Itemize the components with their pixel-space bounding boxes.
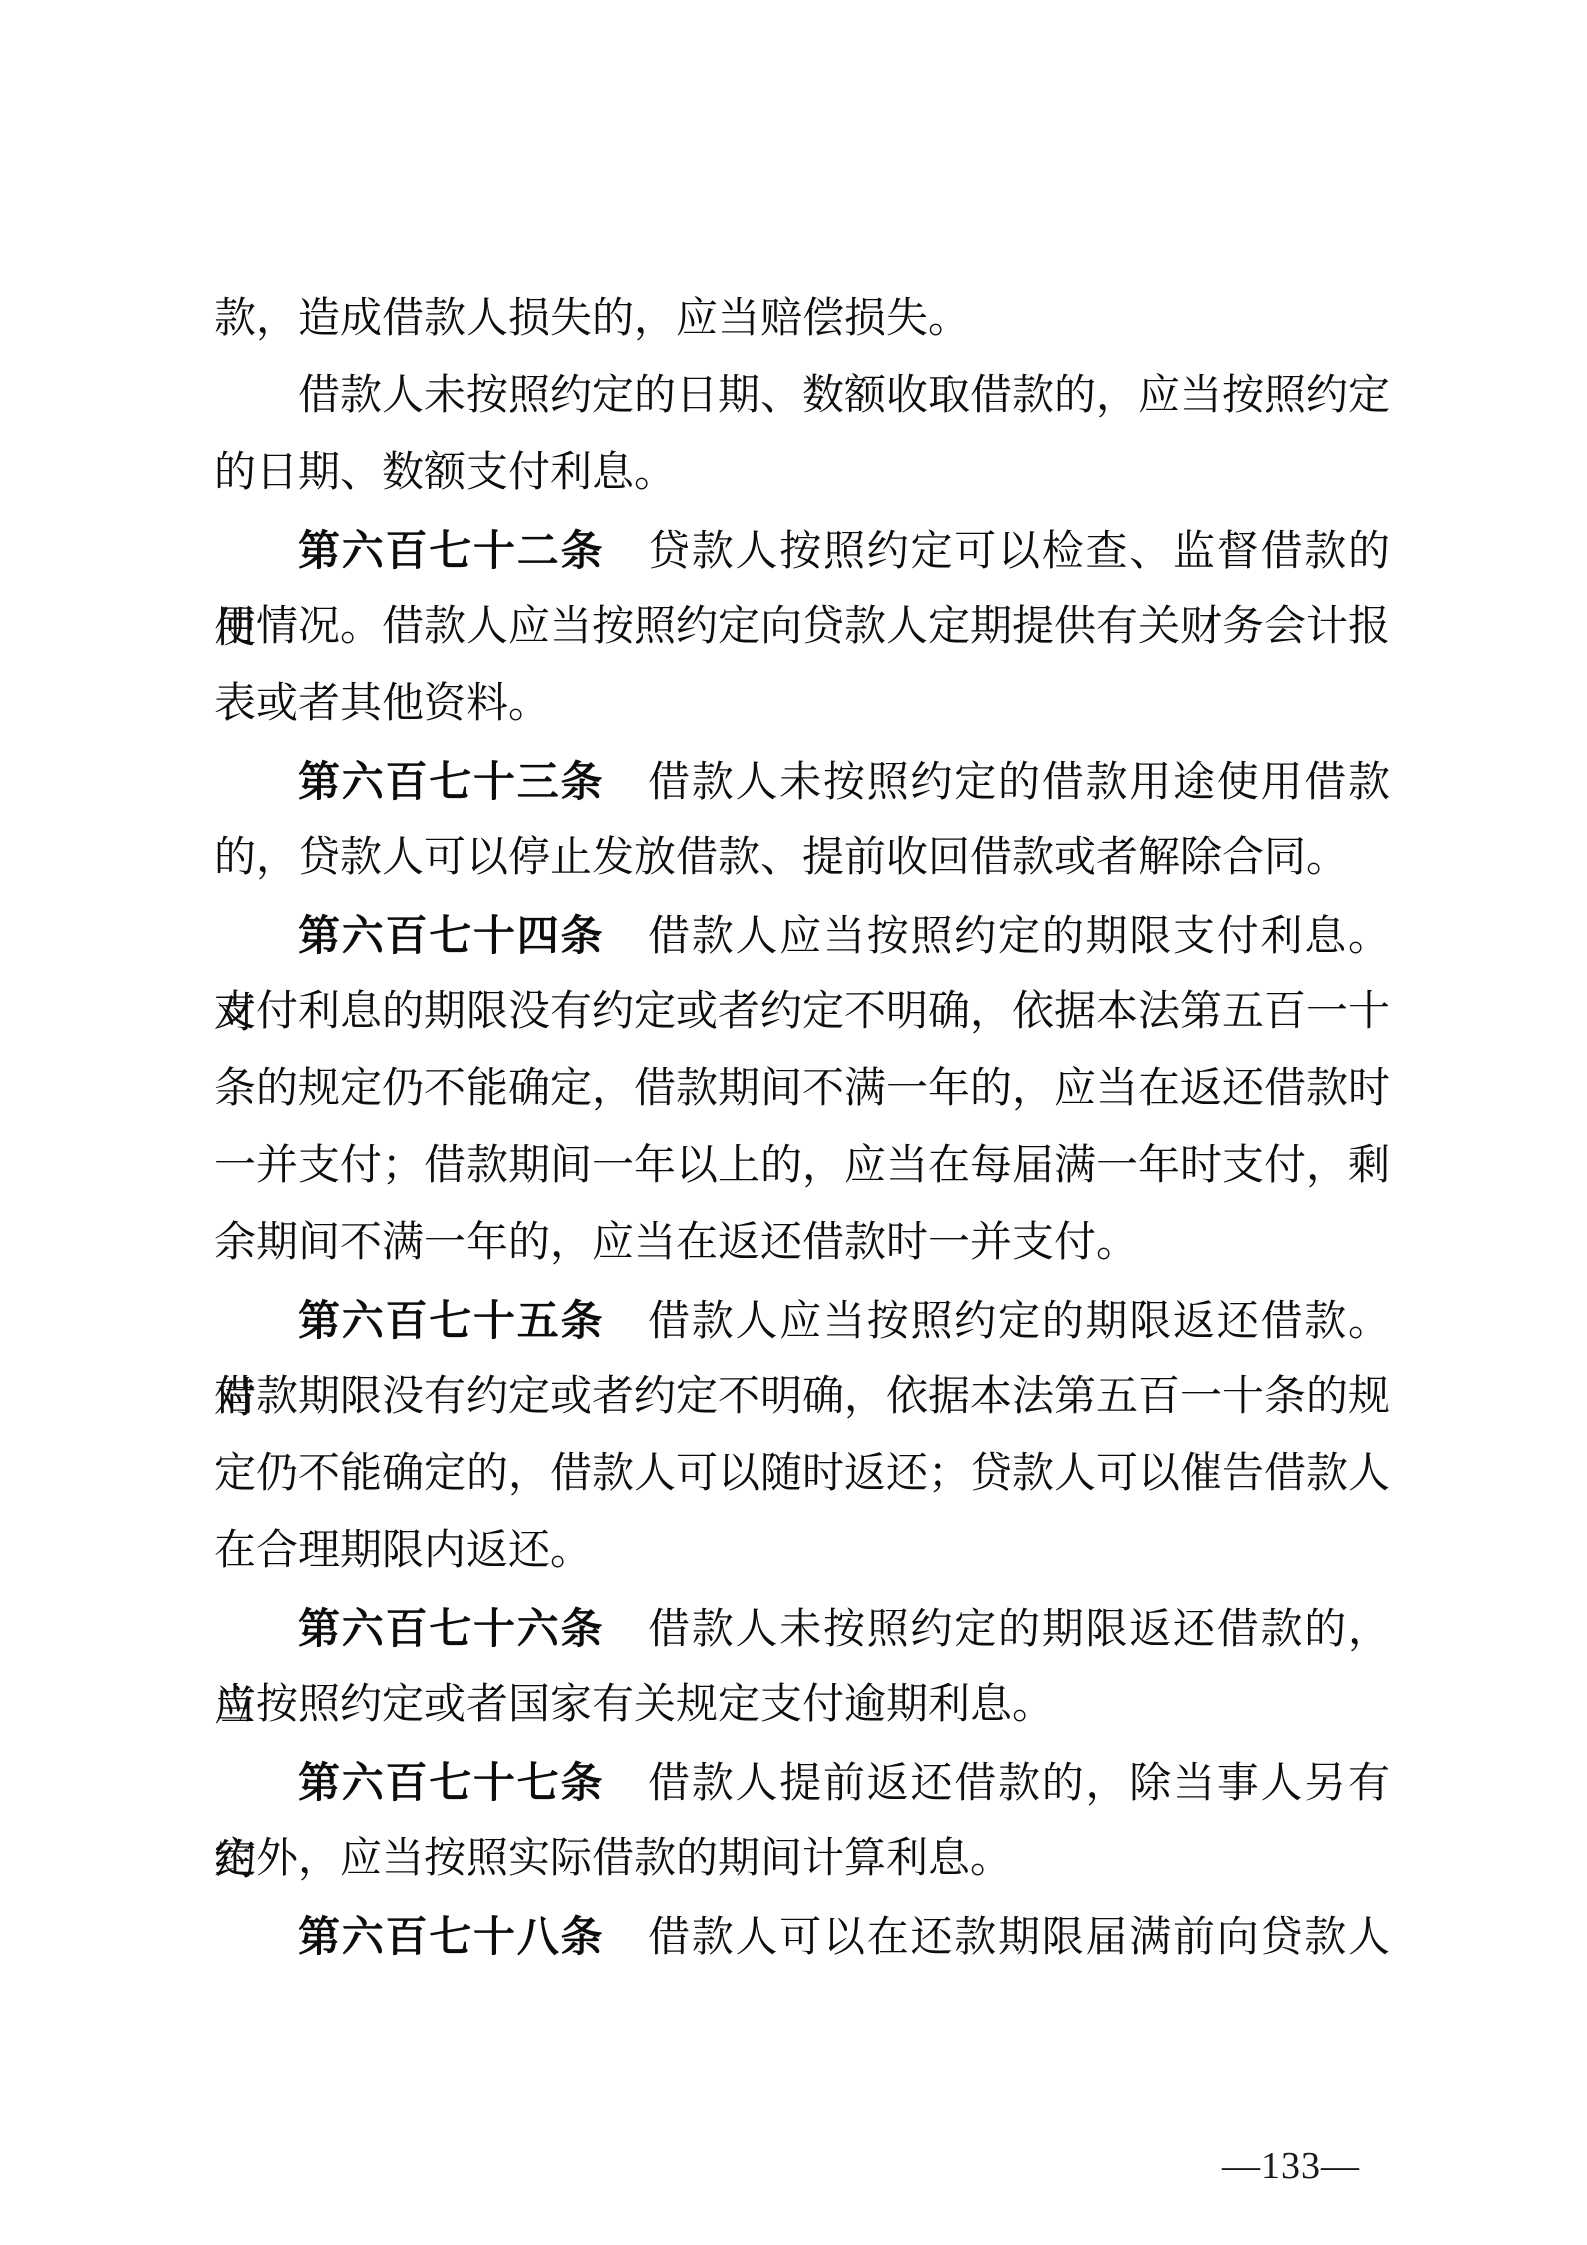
line-text: 在合理期限内返还。 bbox=[214, 1528, 592, 1574]
text-line: 借款人未按照约定的日期、数额收取借款的，应当按照约定 bbox=[214, 358, 1390, 435]
text-line: 用情况。借款人应当按照约定向贷款人定期提供有关财务会计报 bbox=[214, 589, 1390, 666]
article-number: 第六百七十六条 bbox=[298, 1605, 604, 1652]
text-line: 表或者其他资料。 bbox=[214, 666, 1390, 743]
line-text: 的日期、数额支付利息。 bbox=[214, 450, 676, 496]
text-line: 第六百七十三条 借款人未按照约定的借款用途使用借款 bbox=[214, 743, 1390, 820]
line-text: 借款人可以在还款期限届满前向贷款人 bbox=[604, 1915, 1390, 1961]
text-line: 第六百七十五条 借款人应当按照约定的期限返还借款。对 bbox=[214, 1282, 1390, 1359]
text-line: 第六百七十二条 贷款人按照约定可以检查、监督借款的使 bbox=[214, 512, 1390, 589]
article-number: 第六百七十七条 bbox=[298, 1759, 604, 1806]
article-number: 第六百七十八条 bbox=[298, 1913, 604, 1960]
line-text: 借款人未按照约定的日期、数额收取借款的，应当按照约定 bbox=[298, 373, 1390, 419]
text-line: 余期间不满一年的，应当在返还借款时一并支付。 bbox=[214, 1205, 1390, 1282]
page-number: —133— bbox=[1222, 2143, 1360, 2189]
text-line: 第六百七十七条 借款人提前返还借款的，除当事人另有约 bbox=[214, 1744, 1390, 1821]
text-line: 款，造成借款人损失的，应当赔偿损失。 bbox=[214, 281, 1390, 358]
document-page: 款，造成借款人损失的，应当赔偿损失。 借款人未按照约定的日期、数额收取借款的，应… bbox=[0, 0, 1587, 2245]
text-line: 定仍不能确定的，借款人可以随时返还；贷款人可以催告借款人 bbox=[214, 1436, 1390, 1513]
text-line: 的日期、数额支付利息。 bbox=[214, 435, 1390, 512]
article-number: 第六百七十四条 bbox=[298, 912, 604, 959]
line-text: 借款人未按照约定的借款用途使用借款 bbox=[604, 760, 1390, 806]
text-block: 款，造成借款人损失的，应当赔偿损失。 借款人未按照约定的日期、数额收取借款的，应… bbox=[214, 281, 1390, 1975]
text-line: 第六百七十六条 借款人未按照约定的期限返还借款的，应 bbox=[214, 1590, 1390, 1667]
line-text: 当按照约定或者国家有关规定支付逾期利息。 bbox=[214, 1682, 1054, 1728]
line-text: 条的规定仍不能确定，借款期间不满一年的，应当在返还借款时 bbox=[214, 1066, 1390, 1112]
text-line: 第六百七十八条 借款人可以在还款期限届满前向贷款人 bbox=[214, 1898, 1390, 1975]
line-text: 定仍不能确定的，借款人可以随时返还；贷款人可以催告借款人 bbox=[214, 1451, 1390, 1497]
line-text: 款，造成借款人损失的，应当赔偿损失。 bbox=[214, 296, 970, 342]
text-line: 定外，应当按照实际借款的期间计算利息。 bbox=[214, 1821, 1390, 1898]
line-text: 一并支付；借款期间一年以上的，应当在每届满一年时支付，剩 bbox=[214, 1143, 1390, 1189]
text-line: 一并支付；借款期间一年以上的，应当在每届满一年时支付，剩 bbox=[214, 1128, 1390, 1205]
article-number: 第六百七十二条 bbox=[298, 527, 604, 574]
text-line: 当按照约定或者国家有关规定支付逾期利息。 bbox=[214, 1667, 1390, 1744]
text-line: 的，贷款人可以停止发放借款、提前收回借款或者解除合同。 bbox=[214, 820, 1390, 897]
line-text: 支付利息的期限没有约定或者约定不明确，依据本法第五百一十 bbox=[214, 989, 1390, 1035]
text-line: 第六百七十四条 借款人应当按照约定的期限支付利息。对 bbox=[214, 897, 1390, 974]
text-line: 条的规定仍不能确定，借款期间不满一年的，应当在返还借款时 bbox=[214, 1051, 1390, 1128]
line-text: 借款期限没有约定或者约定不明确，依据本法第五百一十条的规 bbox=[214, 1374, 1390, 1420]
text-line: 借款期限没有约定或者约定不明确，依据本法第五百一十条的规 bbox=[214, 1359, 1390, 1436]
line-text: 表或者其他资料。 bbox=[214, 681, 550, 727]
text-line: 在合理期限内返还。 bbox=[214, 1513, 1390, 1590]
line-text: 余期间不满一年的，应当在返还借款时一并支付。 bbox=[214, 1220, 1138, 1266]
line-text: 的，贷款人可以停止发放借款、提前收回借款或者解除合同。 bbox=[214, 835, 1348, 881]
line-text: 用情况。借款人应当按照约定向贷款人定期提供有关财务会计报 bbox=[214, 604, 1390, 650]
article-number: 第六百七十三条 bbox=[298, 758, 604, 805]
line-text: 定外，应当按照实际借款的期间计算利息。 bbox=[214, 1836, 1012, 1882]
text-line: 支付利息的期限没有约定或者约定不明确，依据本法第五百一十 bbox=[214, 974, 1390, 1051]
article-number: 第六百七十五条 bbox=[298, 1297, 604, 1344]
